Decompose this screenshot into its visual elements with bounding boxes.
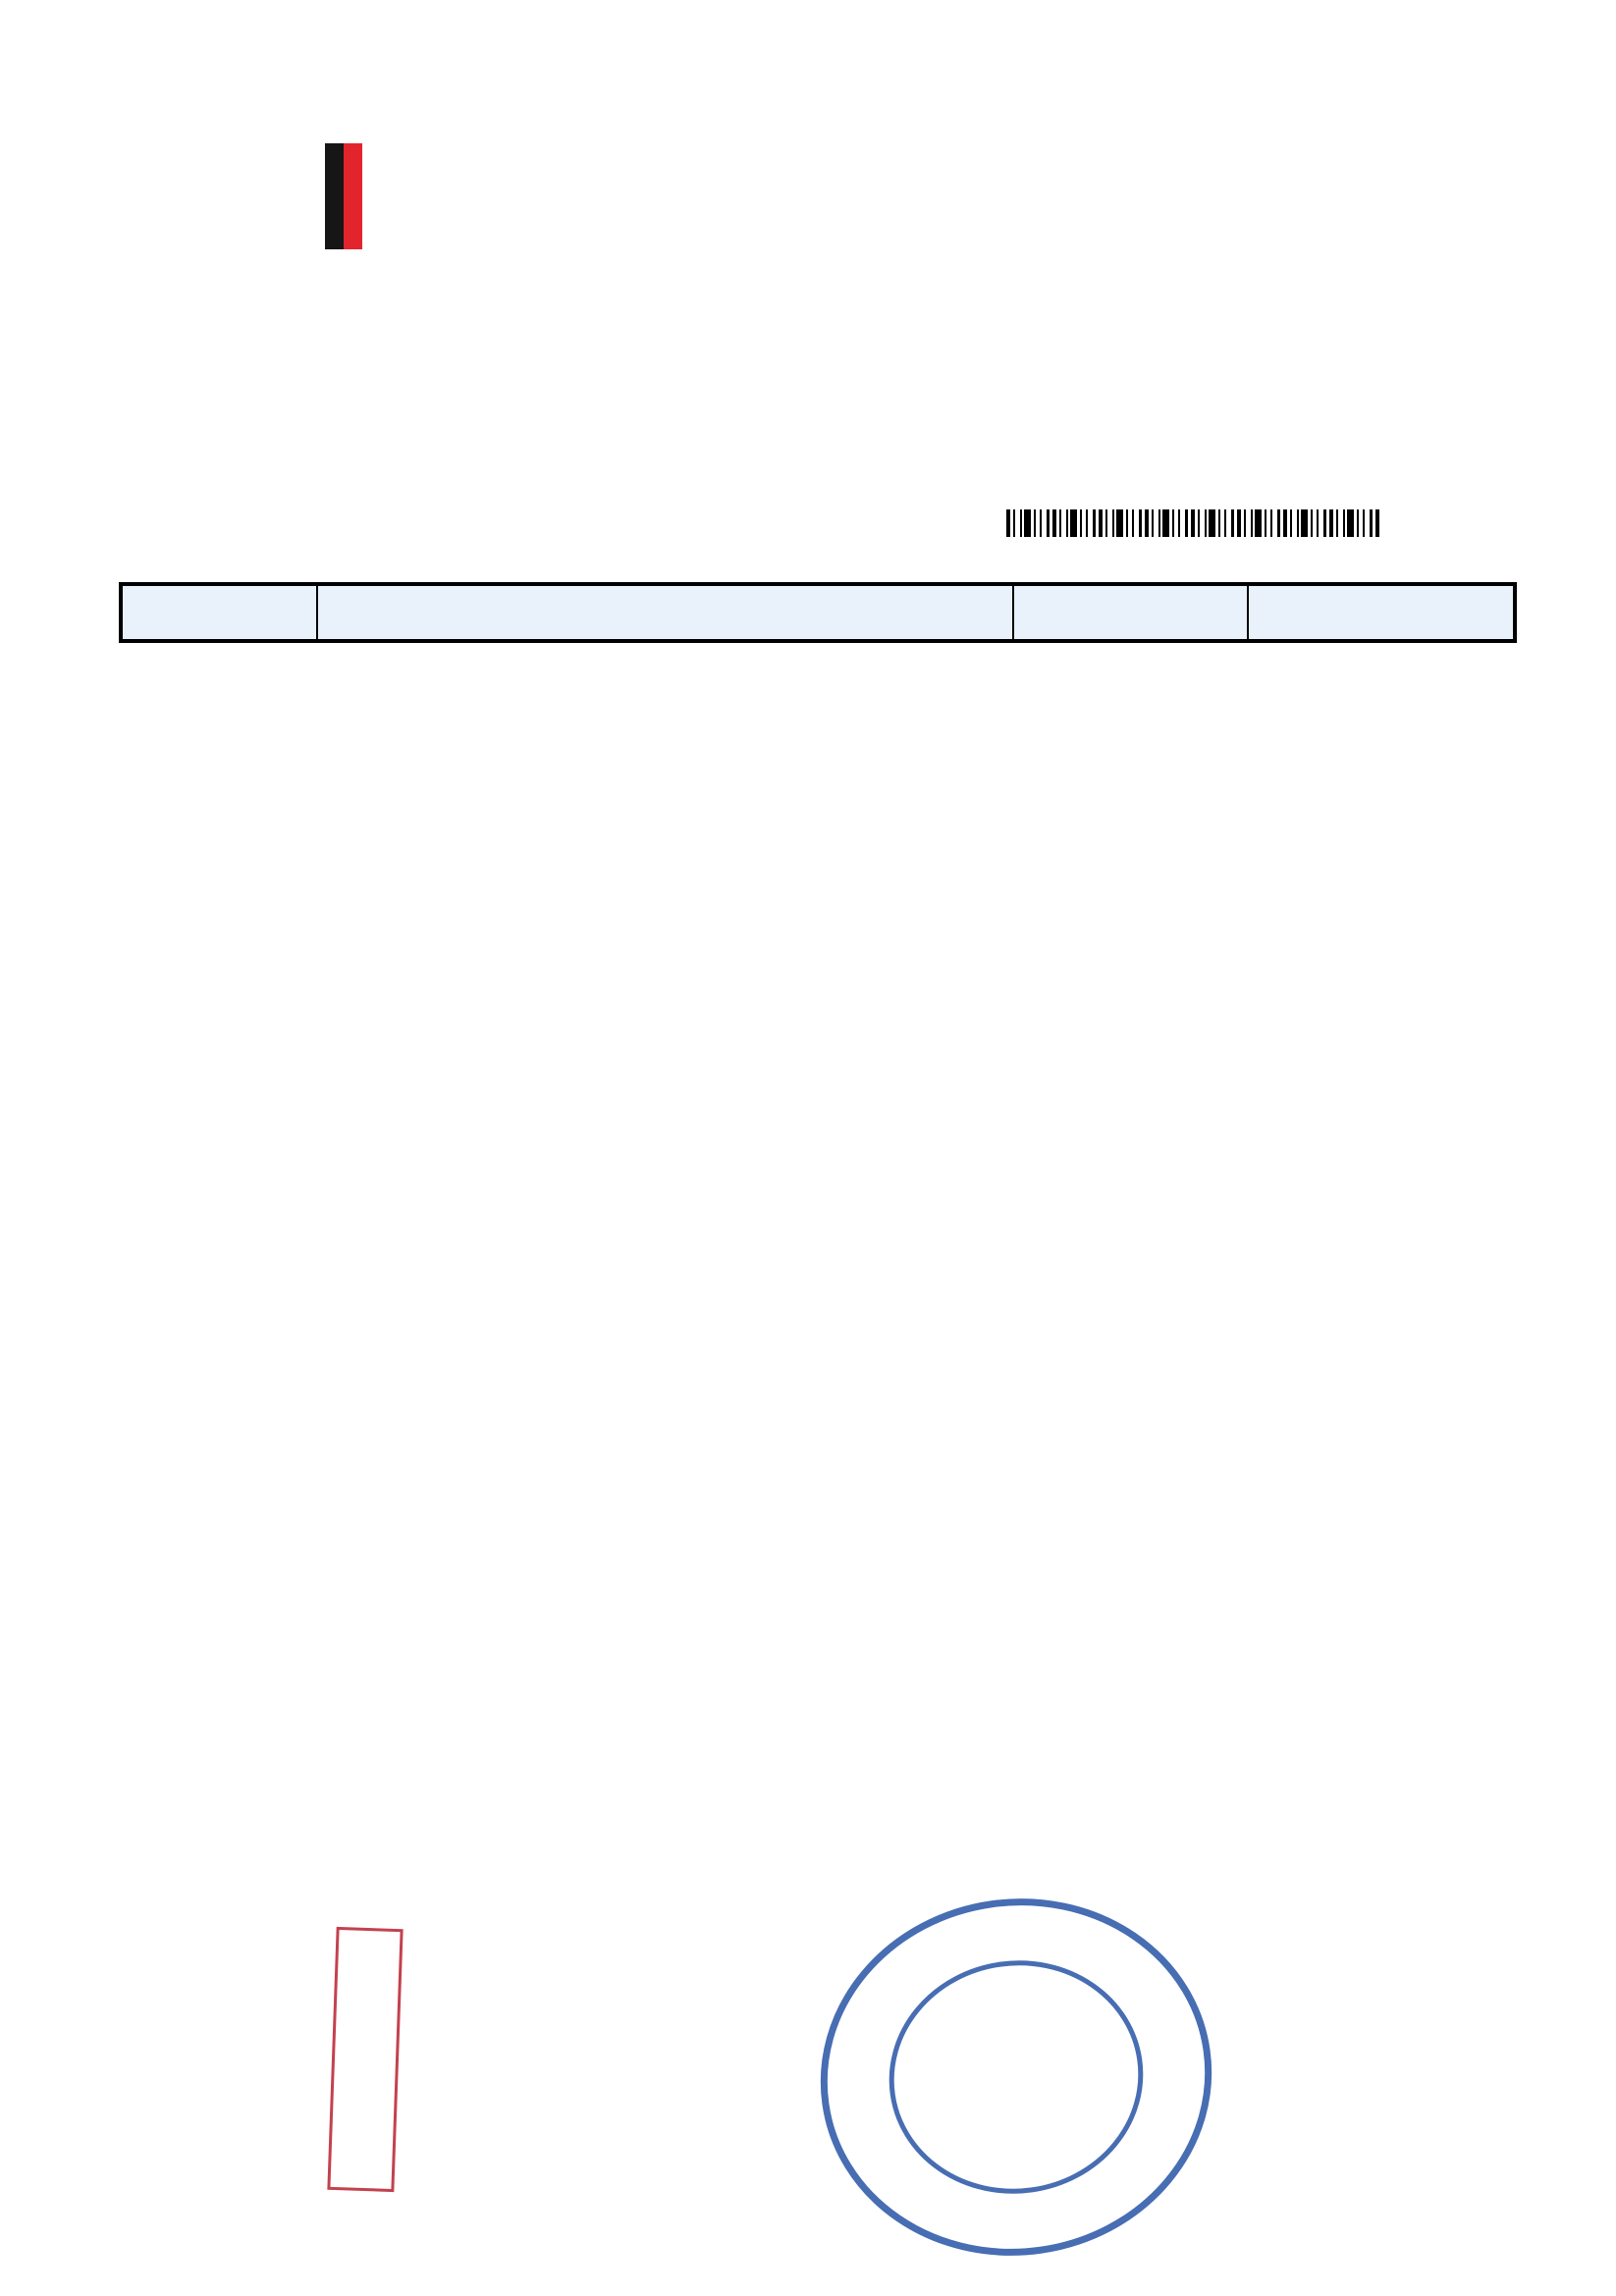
results-table-header-row: [121, 584, 1515, 641]
results-table: [119, 582, 1517, 643]
signer-stamp-name: [361, 2038, 366, 2181]
notes-section: [130, 1561, 1518, 1573]
signer-stamp-top: [366, 1936, 369, 2030]
page-count-row: [985, 314, 993, 359]
report-barcode: [1006, 509, 1381, 537]
seal-outer-ring: [811, 1891, 1221, 2264]
header-test-method: [317, 584, 1013, 641]
header-titles: [403, 88, 1266, 98]
seal-inner-ring: [877, 1947, 1156, 2207]
header-test-result: [1248, 584, 1515, 641]
header-test-range: [1013, 584, 1248, 641]
foundation-seal: [811, 1891, 1221, 2264]
naif-logo: [133, 86, 407, 307]
header-test-item: [121, 584, 317, 641]
signer-stamp: [327, 1927, 403, 2192]
test-report-page: [0, 0, 1616, 2296]
logo-letter-i-bar: [325, 143, 362, 249]
report-meta: [985, 314, 993, 359]
